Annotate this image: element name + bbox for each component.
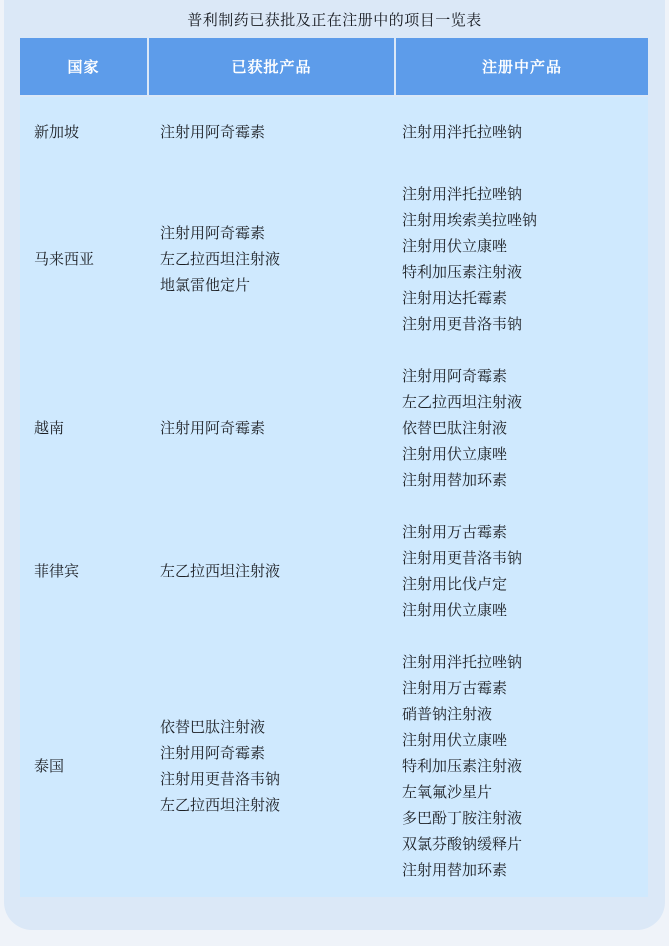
header-registering-products: 注册中产品	[396, 38, 648, 95]
registering-products-cell: 注射用阿奇霉素左乙拉西坦注射液依替巴肽注射液注射用伏立康唑注射用替加环素	[392, 351, 644, 507]
product-item: 注射用更昔洛韦钠	[402, 312, 644, 338]
product-item: 特利加压素注射液	[402, 754, 644, 780]
table-row: 菲律宾 左乙拉西坦注射液 注射用万古霉素注射用更昔洛韦钠注射用比伐卢定注射用伏立…	[20, 507, 648, 637]
country-name: 泰国	[34, 754, 147, 780]
product-item: 左乙拉西坦注射液	[160, 793, 392, 819]
product-item: 注射用伏立康唑	[402, 442, 644, 468]
registering-products-cell: 注射用泮托拉唑钠	[392, 97, 644, 169]
table-row: 新加坡 注射用阿奇霉素 注射用泮托拉唑钠	[20, 97, 648, 169]
product-item: 注射用阿奇霉素	[160, 741, 392, 767]
product-item: 注射用更昔洛韦钠	[160, 767, 392, 793]
registering-products-cell: 注射用泮托拉唑钠注射用埃索美拉唑钠注射用伏立康唑特利加压素注射液注射用达托霉素注…	[392, 169, 644, 351]
product-item: 注射用万古霉素	[402, 676, 644, 702]
product-item: 多巴酚丁胺注射液	[402, 806, 644, 832]
product-item: 注射用阿奇霉素	[160, 120, 392, 146]
product-item: 注射用万古霉素	[402, 520, 644, 546]
product-item: 注射用替加环素	[402, 858, 644, 884]
product-item: 注射用伏立康唑	[402, 728, 644, 754]
product-item: 注射用比伐卢定	[402, 572, 644, 598]
registering-products-cell: 注射用万古霉素注射用更昔洛韦钠注射用比伐卢定注射用伏立康唑	[392, 507, 644, 637]
product-item: 注射用达托霉素	[402, 286, 644, 312]
approved-products-cell: 注射用阿奇霉素左乙拉西坦注射液地氯雷他定片	[147, 169, 392, 351]
product-item: 注射用阿奇霉素	[160, 416, 392, 442]
article-card: 普利制药已获批及正在注册中的项目一览表 国家 已获批产品 注册中产品 新加坡 注…	[4, 0, 665, 930]
product-item: 左乙拉西坦注射液	[160, 559, 392, 585]
product-item: 左氧氟沙星片	[402, 780, 644, 806]
table-title: 普利制药已获批及正在注册中的项目一览表	[4, 10, 665, 32]
product-item: 左乙拉西坦注射液	[402, 390, 644, 416]
product-item: 注射用阿奇霉素	[160, 221, 392, 247]
country-cell: 越南	[20, 351, 147, 507]
country-name: 越南	[34, 416, 147, 442]
product-item: 注射用伏立康唑	[402, 234, 644, 260]
table-body: 新加坡 注射用阿奇霉素 注射用泮托拉唑钠 马来西亚 注射用阿奇霉素左乙拉西坦注射…	[20, 97, 648, 897]
product-item: 硝普钠注射液	[402, 702, 644, 728]
product-item: 双氯芬酸钠缓释片	[402, 832, 644, 858]
table-row: 马来西亚 注射用阿奇霉素左乙拉西坦注射液地氯雷他定片 注射用泮托拉唑钠注射用埃索…	[20, 169, 648, 351]
approved-products-cell: 注射用阿奇霉素	[147, 351, 392, 507]
product-item: 注射用泮托拉唑钠	[402, 650, 644, 676]
product-item: 依替巴肽注射液	[160, 715, 392, 741]
product-item: 注射用替加环素	[402, 468, 644, 494]
country-cell: 菲律宾	[20, 507, 147, 637]
registering-products-cell: 注射用泮托拉唑钠注射用万古霉素硝普钠注射液注射用伏立康唑特利加压素注射液左氧氟沙…	[392, 637, 644, 897]
country-cell: 泰国	[20, 637, 147, 897]
product-item: 左乙拉西坦注射液	[160, 247, 392, 273]
table-header-row: 国家 已获批产品 注册中产品	[20, 38, 648, 95]
table-row: 越南 注射用阿奇霉素 注射用阿奇霉素左乙拉西坦注射液依替巴肽注射液注射用伏立康唑…	[20, 351, 648, 507]
product-item: 特利加压素注射液	[402, 260, 644, 286]
approved-products-cell: 注射用阿奇霉素	[147, 97, 392, 169]
product-item: 地氯雷他定片	[160, 273, 392, 299]
country-name: 菲律宾	[34, 559, 147, 585]
country-name: 马来西亚	[34, 247, 147, 273]
country-cell: 马来西亚	[20, 169, 147, 351]
product-item: 注射用泮托拉唑钠	[402, 120, 644, 146]
products-table: 国家 已获批产品 注册中产品 新加坡 注射用阿奇霉素 注射用泮托拉唑钠 马来西亚…	[20, 38, 648, 897]
country-name: 新加坡	[34, 120, 147, 146]
product-item: 注射用埃索美拉唑钠	[402, 208, 644, 234]
product-item: 注射用阿奇霉素	[402, 364, 644, 390]
product-item: 注射用泮托拉唑钠	[402, 182, 644, 208]
country-cell: 新加坡	[20, 97, 147, 169]
approved-products-cell: 依替巴肽注射液注射用阿奇霉素注射用更昔洛韦钠左乙拉西坦注射液	[147, 637, 392, 897]
approved-products-cell: 左乙拉西坦注射液	[147, 507, 392, 637]
header-approved-products: 已获批产品	[149, 38, 394, 95]
product-item: 注射用更昔洛韦钠	[402, 546, 644, 572]
header-country: 国家	[20, 38, 147, 95]
table-row: 泰国 依替巴肽注射液注射用阿奇霉素注射用更昔洛韦钠左乙拉西坦注射液 注射用泮托拉…	[20, 637, 648, 897]
product-item: 依替巴肽注射液	[402, 416, 644, 442]
product-item: 注射用伏立康唑	[402, 598, 644, 624]
